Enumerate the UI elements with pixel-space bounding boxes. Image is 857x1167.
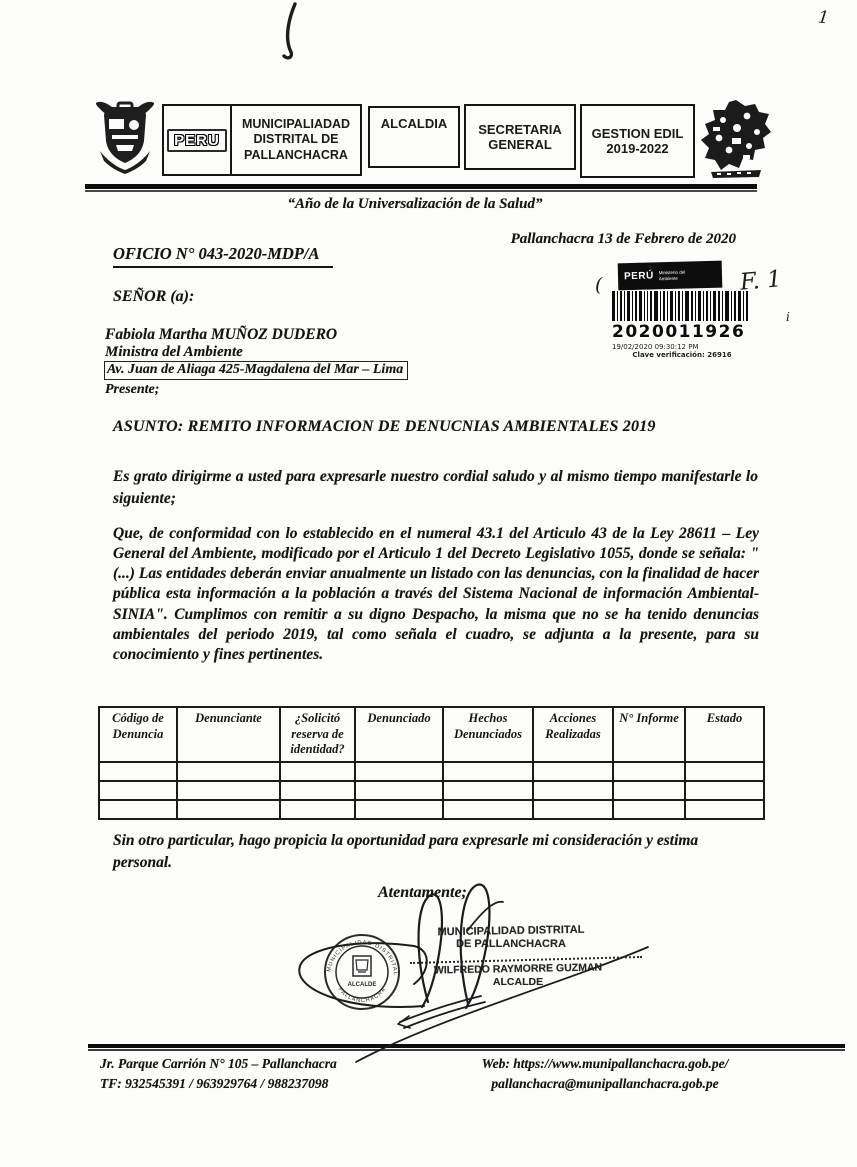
agency-sublabel: Ministerio del Ambiente bbox=[659, 269, 705, 281]
scanned-letter-page: 1 PERU MUNICIPALIADAD DISTRITAL DE bbox=[0, 0, 857, 1167]
table-cell bbox=[533, 762, 613, 781]
header-box-municipality: PERU MUNICIPALIADAD DISTRITAL DE PALLANC… bbox=[162, 104, 362, 176]
document-number: OFICIO N° 043-2020-MDP/A bbox=[113, 244, 333, 268]
signature-stamp-line2: DE PALLANCHACRA bbox=[386, 938, 636, 950]
recipient-address: Av. Juan de Aliaga 425-Magdalena del Mar… bbox=[104, 361, 408, 380]
table-row bbox=[99, 781, 764, 800]
stamp-timestamp: 19/02/2020 09:30:12 PM bbox=[612, 343, 762, 351]
barcode-number: 2020011926 bbox=[612, 322, 762, 342]
body-paragraph-2: Que, de conformidad con lo establecido e… bbox=[113, 524, 759, 665]
svg-text:PALLANCHACRA: PALLANCHACRA bbox=[337, 986, 388, 1004]
barcode-icon bbox=[612, 291, 748, 321]
stray-dot-mark: i bbox=[786, 310, 790, 324]
table-cell bbox=[533, 800, 613, 819]
seal-center-text: ALCALDE bbox=[348, 982, 377, 988]
table-cell bbox=[443, 800, 533, 819]
table-cell bbox=[177, 762, 280, 781]
page-number-mark: 1 bbox=[817, 7, 830, 28]
signature-stamp-line1: MUNICIPALIDAD DISTRITAL bbox=[386, 923, 636, 939]
column-header: ¿Solicitó reserva de identidad? bbox=[280, 707, 355, 762]
table-cell bbox=[613, 781, 685, 800]
footer-divider bbox=[88, 1044, 845, 1048]
table-cell bbox=[685, 800, 764, 819]
peru-logo-label: PERU bbox=[167, 129, 227, 152]
header-box-gestion: GESTION EDIL 2019-2022 bbox=[580, 104, 695, 178]
table-cell bbox=[355, 762, 443, 781]
municipal-crest-icon bbox=[699, 98, 773, 182]
closing-salute: Atentamente; bbox=[378, 884, 467, 902]
column-header: Acciones Realizadas bbox=[533, 707, 613, 762]
handwritten-folio-mark: F. 1 bbox=[739, 266, 783, 296]
header-box-alcaldia: ALCALDIA bbox=[368, 106, 460, 168]
peru-logo: PERU bbox=[164, 106, 232, 174]
column-header: Hechos Denunciados bbox=[443, 707, 533, 762]
table-cell bbox=[99, 762, 177, 781]
footer-right: Web: https://www.munipallanchacra.gob.pe… bbox=[452, 1054, 758, 1095]
body-paragraph-1: Es grato dirigirme a usted para expresar… bbox=[113, 466, 758, 509]
table-cell bbox=[443, 781, 533, 800]
agency-label-text: PERÚ bbox=[624, 270, 654, 282]
denuncias-table: Código de DenunciaDenunciante¿Solicitó r… bbox=[98, 706, 765, 820]
footer-phones: TF: 932545391 / 963929764 / 988237098 bbox=[100, 1074, 337, 1094]
footer-divider-shadow bbox=[88, 1049, 845, 1051]
table-cell bbox=[355, 781, 443, 800]
footer-web: Web: https://www.munipallanchacra.gob.pe… bbox=[452, 1054, 758, 1074]
agency-label: PERÚ Ministerio del Ambiente bbox=[618, 261, 723, 291]
year-motto: “Año de la Universalización de la Salud” bbox=[85, 196, 745, 213]
subject-line: ASUNTO: REMITO INFORMACION DE DENUCNIAS … bbox=[113, 418, 656, 436]
column-header: Estado bbox=[685, 707, 764, 762]
table-cell bbox=[280, 800, 355, 819]
dateline: Pallanchacra 13 de Febrero de 2020 bbox=[440, 231, 736, 248]
column-header: Denunciante bbox=[177, 707, 280, 762]
stray-paren-mark: ( bbox=[595, 274, 602, 296]
recipient-name: Fabiola Martha MUÑOZ DUDERO bbox=[105, 326, 337, 344]
table-cell bbox=[99, 781, 177, 800]
salutation: SEÑOR (a): bbox=[113, 288, 194, 306]
recipient-title: Ministra del Ambiente bbox=[105, 344, 243, 361]
footer-left: Jr. Parque Carrión N° 105 – Pallanchacra… bbox=[100, 1054, 337, 1095]
footer-address: Jr. Parque Carrión N° 105 – Pallanchacra bbox=[100, 1054, 337, 1074]
closing-paragraph: Sin otro particular, hago propicia la op… bbox=[113, 830, 761, 873]
header-divider-shadow bbox=[85, 190, 757, 192]
seal-bottom-text: PALLANCHACRA bbox=[337, 986, 388, 1004]
table-cell bbox=[355, 800, 443, 819]
table-cell bbox=[613, 800, 685, 819]
header-box-secretaria: SECRETARIA GENERAL bbox=[464, 104, 576, 170]
table-cell bbox=[443, 762, 533, 781]
table-cell bbox=[280, 762, 355, 781]
column-header: N° Informe bbox=[613, 707, 685, 762]
table-cell bbox=[280, 781, 355, 800]
header-divider bbox=[85, 184, 757, 189]
table-cell bbox=[99, 800, 177, 819]
table-cell bbox=[177, 781, 280, 800]
table-cell bbox=[177, 800, 280, 819]
peru-coat-of-arms-icon bbox=[92, 99, 158, 175]
table-cell bbox=[685, 781, 764, 800]
column-header: Código de Denuncia bbox=[99, 707, 177, 762]
municipality-name: MUNICIPALIADAD DISTRITAL DE PALLANCHACRA bbox=[232, 115, 360, 166]
column-header: Denunciado bbox=[355, 707, 443, 762]
table-cell bbox=[533, 781, 613, 800]
table-row bbox=[99, 762, 764, 781]
signer-title: ALCALDE bbox=[392, 976, 644, 988]
footer-email: pallanchacra@munipallanchacra.gob.pe bbox=[452, 1074, 758, 1094]
table-cell bbox=[613, 762, 685, 781]
table-cell bbox=[685, 762, 764, 781]
table-row bbox=[99, 800, 764, 819]
recipient-present: Presente; bbox=[105, 382, 159, 398]
table-header-row: Código de DenunciaDenunciante¿Solicitó r… bbox=[99, 707, 764, 762]
stamp-verification: Clave verificación: 26916 bbox=[612, 351, 752, 359]
